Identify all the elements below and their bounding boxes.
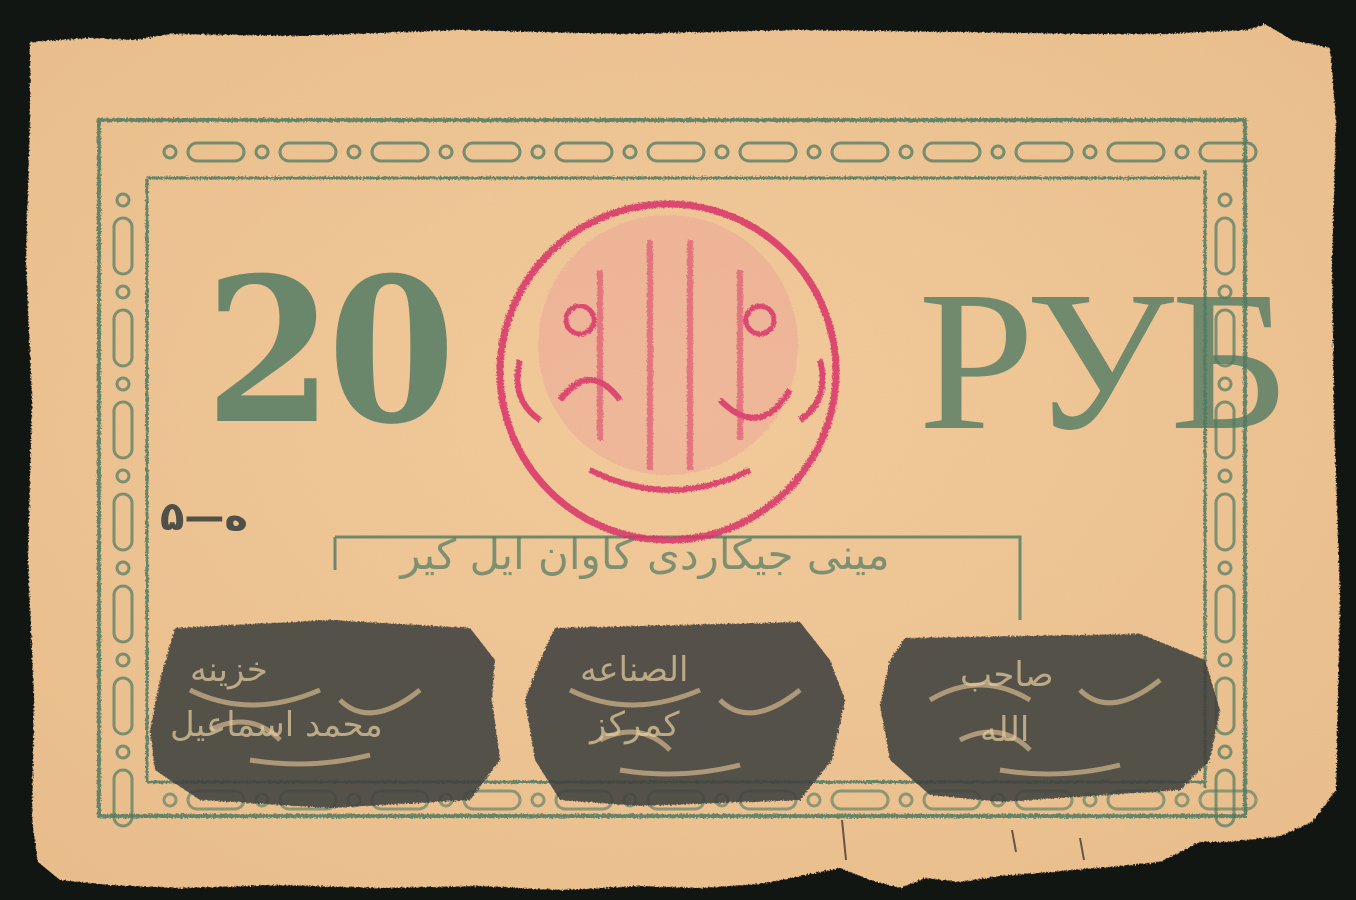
seal-middle-line1: الصناعه bbox=[580, 650, 688, 690]
seal-left-line1: خزینه bbox=[190, 650, 268, 690]
seal-left-line2: محمد اسماعیل bbox=[170, 705, 383, 745]
seal-right-line1: صاحب bbox=[960, 655, 1054, 695]
red-stamp bbox=[500, 204, 836, 540]
serial-mark: ه—۵ bbox=[160, 494, 248, 540]
currency-label: РУБ bbox=[918, 272, 1286, 452]
inscription-text: مینی جیکاردی کاوان ایل کیر bbox=[285, 530, 1005, 579]
denomination-numeral: 20 bbox=[205, 262, 450, 442]
seal-middle-line2: کمرکز bbox=[590, 705, 680, 745]
seal-right-line2: الله bbox=[980, 710, 1029, 750]
banknote: 20 РУБ مینی جیکاردی کاوان ایل کیر ه—۵ خز… bbox=[0, 0, 1356, 900]
